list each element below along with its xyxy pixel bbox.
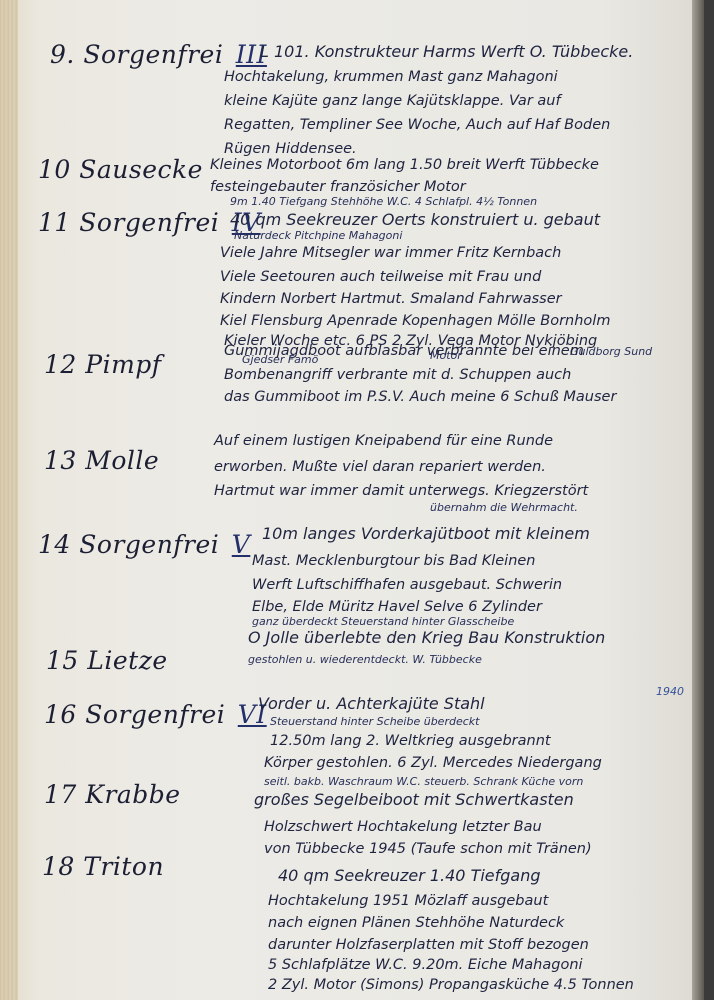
desc-line: 40 qm Seekreuzer Oerts konstruiert u. ge…	[230, 212, 600, 228]
entry-heading: 14 Sorgenfrei V	[38, 530, 250, 559]
desc-line: L 101. Konstrukteur Harms Werft O. Tübbe…	[260, 44, 633, 60]
entry-number: 17	[44, 780, 77, 809]
desc-line: Kiel Flensburg Apenrade Kopenhagen Mölle…	[220, 314, 610, 329]
desc-line: Viele Seetouren auch teilweise mit Frau …	[220, 270, 541, 285]
desc-line: Naturdeck Pitchpine Mahagoni	[234, 230, 402, 241]
desc-line: festeingebauter französicher Motor	[210, 180, 466, 195]
desc-line: nach eignen Plänen Stehhöhe Naturdeck	[268, 916, 564, 931]
desc-line: das Gummiboot im P.S.V. Auch meine 6 Sch…	[224, 390, 616, 405]
desc-line: Kindern Norbert Hartmut. Smaland Fahrwas…	[220, 292, 562, 307]
boat-name: Sausecke	[79, 155, 203, 184]
desc-line: 5 Schlafplätze W.C. 9.20m. Eiche Mahagon…	[268, 958, 583, 973]
entry-heading: 15 Lietze	[46, 646, 168, 675]
desc-line: von Tübbecke 1945 (Taufe schon mit Träne…	[264, 842, 592, 857]
desc-line: Hochtakelung 1951 Mözlaff ausgebaut	[268, 894, 548, 909]
desc-line: Elbe, Elde Müritz Havel Selve 6 Zylinder	[252, 600, 542, 615]
desc-line: Hochtakelung, krummen Mast ganz Mahagoni	[224, 70, 558, 85]
desc-line: Gummijagdboot aufblasbar verbrannte bei …	[224, 344, 584, 359]
boat-name: Krabbe	[85, 780, 180, 809]
desc-line: Bombenangriff verbrante mit d. Schuppen …	[224, 368, 571, 383]
desc-line: Kleines Motorboot 6m lang 1.50 breit Wer…	[210, 158, 599, 173]
entry-number: 15	[46, 646, 79, 675]
desc-line: 10m langes Vorderkajütboot mit kleinem	[262, 526, 590, 542]
entry-number: 9.	[50, 40, 75, 69]
desc-line: Steuerstand hinter Scheibe überdeckt	[270, 716, 479, 727]
desc-line: Hartmut war immer damit unterwegs. Krieg…	[214, 484, 588, 499]
year-annotation: 1940	[656, 686, 684, 697]
boat-name: Sorgenfrei	[79, 530, 219, 559]
entry-heading: 16 Sorgenfrei VI	[44, 700, 267, 729]
entry-number: 12	[44, 350, 77, 379]
desc-line: seitl. bakb. Waschraum W.C. steuerb. Sch…	[264, 776, 583, 787]
desc-line: 40 qm Seekreuzer 1.40 Tiefgang	[278, 868, 541, 884]
entry-heading: 9. Sorgenfrei III	[50, 40, 267, 69]
desc-line: Holzschwert Hochtakelung letzter Bau	[264, 820, 542, 835]
desc-line: gestohlen u. wiederentdeckt. W. Tübbecke	[248, 654, 482, 665]
entry-number: 16	[44, 700, 77, 729]
boat-name: Sorgenfrei	[83, 40, 223, 69]
boat-name: Sorgenfrei	[79, 208, 219, 237]
boat-name: Molle	[85, 446, 159, 475]
desc-line: O Jolle überlebte den Krieg Bau Konstruk…	[248, 630, 605, 646]
boat-roman-numeral: V	[232, 530, 251, 559]
desc-line: Auf einem lustigen Kneipabend für eine R…	[214, 434, 553, 449]
desc-line: erworben. Mußte viel daran repariert wer…	[214, 460, 546, 475]
boat-name: Triton	[83, 852, 164, 881]
entry-number: 18	[42, 852, 75, 881]
desc-line: kleine Kajüte ganz lange Kajütsklappe. V…	[224, 94, 561, 109]
desc-line: übernahm die Wehrmacht.	[430, 502, 578, 513]
desc-line: ganz überdeckt Steuerstand hinter Glassc…	[252, 616, 514, 627]
desc-line: Körper gestohlen. 6 Zyl. Mercedes Nieder…	[264, 756, 602, 771]
logbook-page: 9. Sorgenfrei III L 101. Konstrukteur Ha…	[0, 0, 704, 1000]
desc-line: 2 Zyl. Motor (Simons) Propangasküche 4.5…	[268, 978, 634, 993]
binding-shadow	[692, 0, 704, 1000]
desc-line: Viele Jahre Mitsegler war immer Fritz Ke…	[220, 246, 561, 261]
desc-line: 12.50m lang 2. Weltkrieg ausgebrannt	[270, 734, 551, 749]
desc-line: Werft Luftschiffhafen ausgebaut. Schweri…	[252, 578, 562, 593]
entry-heading: 11 Sorgenfrei IV	[38, 208, 261, 237]
boat-name: Lietze	[87, 646, 167, 675]
entry-heading: 13 Molle	[44, 446, 159, 475]
page-stack-edge	[0, 0, 18, 1000]
desc-line: Regatten, Templiner See Woche, Auch auf …	[224, 118, 610, 133]
entry-number: 11	[38, 208, 71, 237]
entry-heading: 18 Triton	[42, 852, 164, 881]
entry-heading: 12 Pimpf	[44, 350, 162, 379]
entry-heading: 10 Sausecke	[38, 155, 203, 184]
entry-number: 14	[38, 530, 71, 559]
boat-name: Pimpf	[85, 350, 161, 379]
desc-line: Mast. Mecklenburgtour bis Bad Kleinen	[252, 554, 536, 569]
entry-number: 10	[38, 155, 71, 184]
desc-line: großes Segelbeiboot mit Schwertkasten	[254, 792, 574, 808]
desc-line: 9m 1.40 Tiefgang Stehhöhe W.C. 4 Schlafp…	[230, 196, 537, 207]
entry-heading: 17 Krabbe	[44, 780, 181, 809]
boat-name: Sorgenfrei	[85, 700, 225, 729]
desc-line: Rügen Hiddensee.	[224, 142, 357, 157]
desc-line: Vorder u. Achterkajüte Stahl	[258, 696, 485, 712]
desc-line: darunter Holzfaserplatten mit Stoff bezo…	[268, 938, 589, 953]
entry-number: 13	[44, 446, 77, 475]
